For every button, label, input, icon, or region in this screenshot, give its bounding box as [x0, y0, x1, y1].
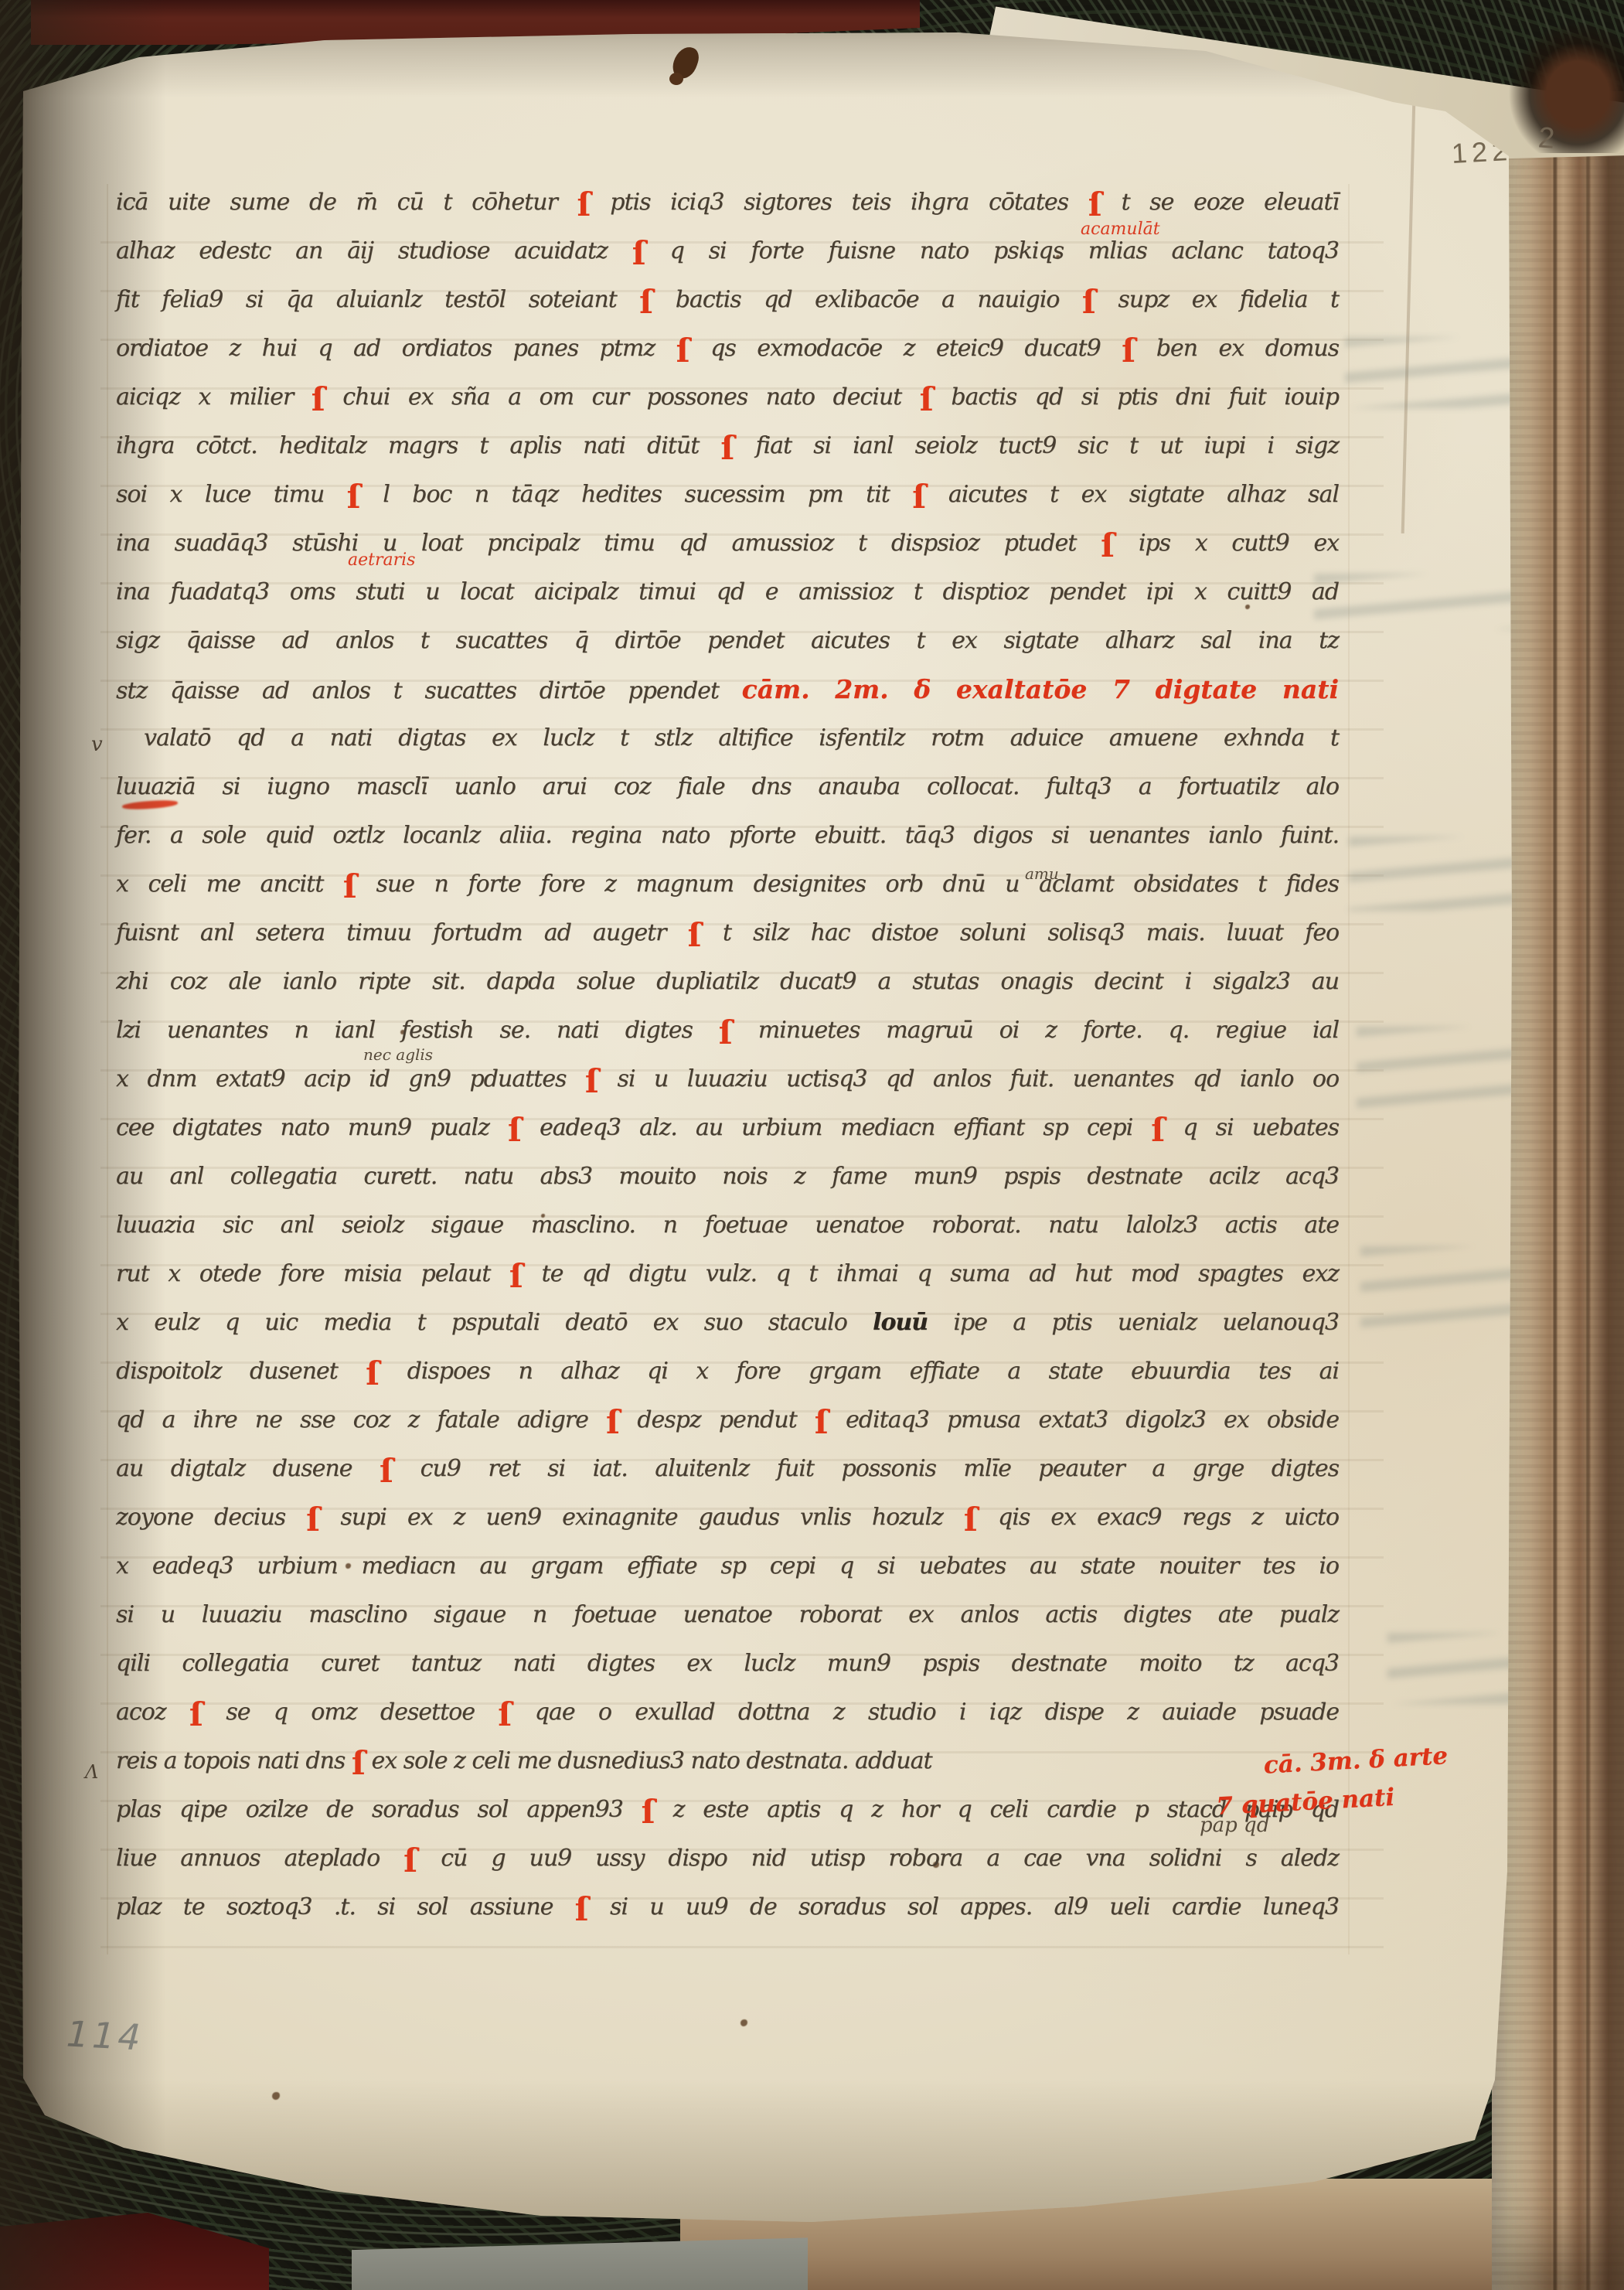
text-line: x eadeq3 urbium mediacn au grgam effiate… — [116, 1549, 1339, 1590]
line-text: aicutes t ex sigtate alhaz sal — [948, 481, 1339, 508]
text-line: stz q̄aisse ad anlos t sucattes dirtōe p… — [116, 673, 1339, 713]
line-text: qs exmodacōe z eteic9 ducat9 — [710, 335, 1101, 362]
line-text: valatō qd a nati digtas ex luclz t stlz … — [144, 724, 1339, 751]
line-text: ina fuadatq3 oms stuti u locat aicipalz … — [116, 578, 1339, 605]
text-line: ihgra cōtct. heditalz magrs t aplis nati… — [116, 429, 1339, 469]
line-text: si u uu9 de soradus sol appes. al9 ueli … — [610, 1893, 1339, 1920]
bleedthrough-text — [1345, 337, 1538, 408]
paragraph-mark: ſ — [585, 1062, 598, 1100]
line-text: ben ex domus — [1156, 335, 1339, 362]
paragraph-mark: ſ — [642, 1793, 655, 1831]
line-text: despz pendut — [637, 1406, 796, 1433]
line-text: ipe a ptis uenialz uelanouq3 — [953, 1309, 1339, 1336]
page-crease — [1401, 101, 1416, 533]
text-line: cee digtates nato mun9 pualz ſ eadeq3 al… — [116, 1111, 1339, 1151]
parchment-page: icā uite sume de m̄ cū t cōhetur ſ ptis … — [0, 0, 1624, 2290]
line-text: rut x otede fore misia pelaut — [116, 1260, 490, 1287]
text-line: fit felia9 si q̄a aluianlz testōl soteia… — [116, 283, 1339, 323]
line-text: plaz te soztoq3 .t. si sol assiune — [116, 1893, 553, 1920]
bleedthrough-text — [1357, 1027, 1515, 1109]
line-text: ihgra cōtct. heditalz magrs t aplis nati… — [116, 432, 699, 459]
line-text: si u luuaziu uctisq3 qd anlos fuit. uena… — [617, 1065, 1339, 1092]
line-text: qae o exullad dottna z studio i iqz disp… — [535, 1699, 1339, 1726]
text-line: x celi me ancitt ſ sue n forte fore z ma… — [116, 867, 1339, 908]
text-line: aiciqz x milier ſ chui ex sña a om cur p… — [116, 380, 1339, 421]
paragraph-mark: ſ — [1122, 332, 1135, 370]
paragraph-mark: ſ — [403, 1842, 417, 1879]
text-line: zoyone decius ſ supi ex z uen9 exinagnit… — [116, 1501, 1339, 1541]
line-text: ina suadāq3 stūshi u loat pncipalz timu … — [116, 530, 1076, 557]
line-text: fit felia9 si q̄a aluianlz testōl soteia… — [116, 286, 617, 313]
paragraph-mark: ſ — [1082, 283, 1095, 321]
bleedthrough-text — [1360, 1246, 1515, 1333]
text-lines: icā uite sume de m̄ cū t cōhetur ſ ptis … — [116, 186, 1339, 1956]
bleedthrough-text — [1314, 574, 1517, 629]
text-line: x dnm extat9 acip id gn9 pduattes ſ si u… — [116, 1062, 1339, 1102]
text-line: x eulz q uic media t psputali deatō ex s… — [116, 1306, 1339, 1346]
line-text: ptis iciq3 sigtores teis ihgra cōtates — [610, 189, 1068, 216]
line-text: x dnm extat9 acip id gn9 pduattes — [116, 1065, 566, 1092]
line-text: bactis qd si ptis dni fuit iouip — [951, 383, 1339, 411]
table-surface — [352, 2234, 808, 2290]
text-line: zhi coz ale ianlo ripte sit. dapda solue… — [116, 965, 1339, 1005]
text-line: luuaziā si iugno masclī uanlo arui coz f… — [116, 770, 1339, 810]
bleedthrough-text — [1387, 1633, 1515, 1704]
interlinear-gloss: nec aglis — [363, 1045, 433, 1064]
line-text: plas qipe ozilze de soradus sol appen93 — [116, 1796, 623, 1823]
paragraph-mark: ſ — [312, 380, 325, 418]
line-text: qd a ihre ne sse coz z fatale adigre — [116, 1406, 588, 1433]
line-text: qis ex exac9 regs z uicto — [998, 1504, 1339, 1531]
paragraph-mark: ſ — [352, 1744, 365, 1782]
line-text: ips x cutt9 ex — [1139, 530, 1339, 557]
line-text: q si forte fuisne nato pskiqs mlias acla… — [670, 237, 1339, 264]
line-text: t silz hac distoe soluni solisq3 mais. l… — [723, 919, 1339, 946]
paragraph-mark: ſ — [347, 478, 360, 516]
text-line: sigz q̄aisse ad anlos t sucattes q̄ dirt… — [116, 624, 1339, 664]
paragraph-mark: ſ — [498, 1695, 511, 1733]
line-text: cu9 ret si iat. aluitenlz fuit possonis … — [420, 1455, 1339, 1482]
paragraph-mark: ſ — [719, 1014, 732, 1051]
line-text: ex sole z celi me dusnedius3 nato destna… — [371, 1747, 931, 1774]
line-text: zhi coz ale ianlo ripte sit. dapda solue… — [116, 968, 1339, 995]
line-text: sigz q̄aisse ad anlos t sucattes q̄ dirt… — [116, 627, 1339, 654]
paragraph-mark: ſ — [189, 1695, 203, 1733]
paragraph-mark: ſ — [366, 1355, 379, 1392]
line-text: luuaziā si iugno masclī uanlo arui coz f… — [116, 773, 1339, 800]
line-text: qili collegatia curet tantuz nati digtes… — [116, 1650, 1339, 1677]
text-line: dispoitolz dusenet ſ dispoes n alhaz qi … — [116, 1355, 1339, 1395]
line-text: icā uite sume de m̄ cū t cōhetur — [116, 189, 557, 216]
paragraph-mark: ſ — [815, 1403, 828, 1441]
line-text: fiat si ianl seiolz tuct9 sic t ut iupi … — [755, 432, 1339, 459]
line-text: fuisnt anl setera timuu fortudm ad auget… — [116, 919, 666, 946]
text-line: liue annuos ateplado ſ cū g uu9 ussy dis… — [116, 1842, 1339, 1882]
line-text: x eulz q uic media t psputali deatō ex s… — [116, 1309, 847, 1336]
paragraph-mark: ſ — [306, 1501, 319, 1539]
line-text: louū — [873, 1309, 928, 1336]
ink-blot-small — [669, 73, 683, 85]
paragraph-mark: ſ — [577, 186, 590, 223]
margin-rule-right — [1348, 184, 1350, 1954]
line-text: cū g uu9 ussy dispo nid utisp robora a c… — [441, 1845, 1339, 1872]
line-text: au anl collegatia curett. natu abs3 moui… — [116, 1163, 1339, 1190]
line-text: supi ex z uen9 exinagnite gaudus vnlis h… — [340, 1504, 942, 1531]
interlinear-gloss: amu — [1025, 864, 1059, 883]
line-text: sue n forte fore z magnum designites orb… — [376, 871, 1339, 898]
line-text: minuetes magruū oi z forte. q. regiue ia… — [758, 1017, 1339, 1044]
text-line: ina suadāq3 stūshi u loat pncipalz timu … — [116, 526, 1339, 567]
paragraph-mark: ſ — [920, 380, 933, 418]
line-text: l boc n tāqz hedites sucessim pm tit — [383, 481, 890, 508]
line-text: bactis qd exlibacōe a nauigio — [676, 286, 1060, 313]
text-line: au digtalz dusene ſ cu9 ret si iat. alui… — [116, 1452, 1339, 1492]
line-text: q si uebates — [1183, 1114, 1339, 1141]
line-text: se q omz desettoe — [226, 1699, 475, 1726]
paragraph-mark: ſ — [688, 916, 701, 954]
text-line: plaz te soztoq3 .t. si sol assiune ſ si … — [116, 1890, 1339, 1930]
line-text: t se eoze eleuatī — [1121, 189, 1339, 216]
text-line: qd a ihre ne sse coz z fatale adigre ſ d… — [116, 1403, 1339, 1443]
paragraph-mark: ſ — [606, 1403, 619, 1441]
paragraph-mark: ſ — [912, 478, 925, 516]
text-line: fer. a sole quid oztlz locanlz aliia. re… — [116, 819, 1339, 859]
line-text: te qd digtu vulz. q t ihmai q suma ad hu… — [542, 1260, 1339, 1287]
paragraph-mark: ſ — [676, 332, 689, 370]
line-text: x eadeq3 urbium mediacn au grgam effiate… — [116, 1552, 1339, 1579]
line-text: stz q̄aisse ad anlos t sucattes dirtōe p… — [116, 677, 719, 704]
speck — [741, 2019, 747, 2026]
paragraph-mark: ſ — [1151, 1111, 1164, 1149]
text-line: valatō qd a nati digtas ex luclz t stlz … — [116, 721, 1339, 762]
interlinear-gloss: acamulāt — [1081, 220, 1160, 239]
line-text: alhaz edestc an āij studiose acuidatz — [116, 237, 608, 264]
gutter-shadow — [0, 0, 166, 2290]
line-text: supz ex fidelia t — [1118, 286, 1339, 313]
line-text: fer. a sole quid oztlz locanlz aliia. re… — [116, 822, 1339, 849]
text-line: soi x luce timu ſ l boc n tāqz hedites s… — [116, 478, 1339, 518]
text-line: reis a topois nati dns ſ ex sole z celi … — [116, 1744, 1339, 1784]
paragraph-mark: ſ — [720, 429, 734, 467]
line-text: si u luuaziu masclino sigaue n foetuae u… — [116, 1601, 1339, 1628]
paragraph-mark: ſ — [964, 1501, 977, 1539]
paragraph-mark: ſ — [1088, 186, 1101, 223]
line-text: luuazia sic anl seiolz sigaue masclino. … — [116, 1211, 1339, 1239]
text-line: alhaz edestc an āij studiose acuidatz ſ … — [116, 234, 1339, 274]
interlinear-gloss: aetraris — [348, 550, 415, 570]
paragraph-mark: ſ — [1101, 526, 1114, 564]
manuscript-photo: icā uite sume de m̄ cū t cōhetur ſ ptis … — [0, 0, 1624, 2290]
book-fore-edge — [1492, 91, 1624, 2290]
chapter2-rubric: cām. 2m. δ exaltatōe 7 digtate nati — [742, 674, 1339, 704]
text-line: luuazia sic anl seiolz sigaue masclino. … — [116, 1208, 1339, 1249]
paragraph-mark: ſ — [632, 234, 645, 272]
paragraph-mark: ſ — [508, 1111, 521, 1149]
paragraph-mark: ſ — [575, 1890, 588, 1928]
edge-folio-number: 2 — [1537, 121, 1556, 155]
line-text: eadeq3 alz. au urbium mediacn effiant sp… — [540, 1114, 1132, 1141]
text-line: ordiatoe z hui q ad ordiatos panes ptmz … — [116, 332, 1339, 372]
paragraph-mark: ſ — [509, 1257, 523, 1295]
line-text: editaq3 pmusa extat3 digolz3 ex obside — [846, 1406, 1339, 1433]
text-line: au anl collegatia curett. natu abs3 moui… — [116, 1160, 1339, 1200]
line-text: lzi uenantes n ianl festish se. nati dig… — [116, 1017, 693, 1044]
line-text: cee digtates nato mun9 pualz — [116, 1114, 489, 1141]
text-line: rut x otede fore misia pelaut ſ te qd di… — [116, 1257, 1339, 1297]
text-line: fuisnt anl setera timuu fortudm ad auget… — [116, 916, 1339, 956]
line-text: ordiatoe z hui q ad ordiatos panes ptmz — [116, 335, 655, 362]
text-line: si u luuaziu masclino sigaue n foetuae u… — [116, 1598, 1339, 1638]
bleedthrough-text — [1349, 837, 1515, 911]
background-shadow — [1509, 22, 1624, 153]
text-line: plas qipe ozilze de soradus sol appen93 … — [116, 1793, 1339, 1833]
text-line: qili collegatia curet tantuz nati digtes… — [116, 1647, 1339, 1687]
paragraph-mark: ſ — [380, 1452, 393, 1490]
line-text: dispoes n alhaz qi x fore grgam effiate … — [407, 1358, 1339, 1385]
line-text: chui ex sña a om cur possones nato deciu… — [342, 383, 901, 411]
text-line: ina fuadatq3 oms stuti u locat aicipalz … — [116, 575, 1339, 615]
text-line: lzi uenantes n ianl festish se. nati dig… — [116, 1014, 1339, 1054]
paragraph-mark: ſ — [343, 867, 356, 905]
paragraph-mark: ſ — [639, 283, 652, 321]
text-line: acoz ſ se q omz desettoe ſ qae o exullad… — [116, 1695, 1339, 1736]
chapter3-rubric: cā. 3m. δ arte 7 quatōe nati — [1214, 1736, 1451, 1826]
